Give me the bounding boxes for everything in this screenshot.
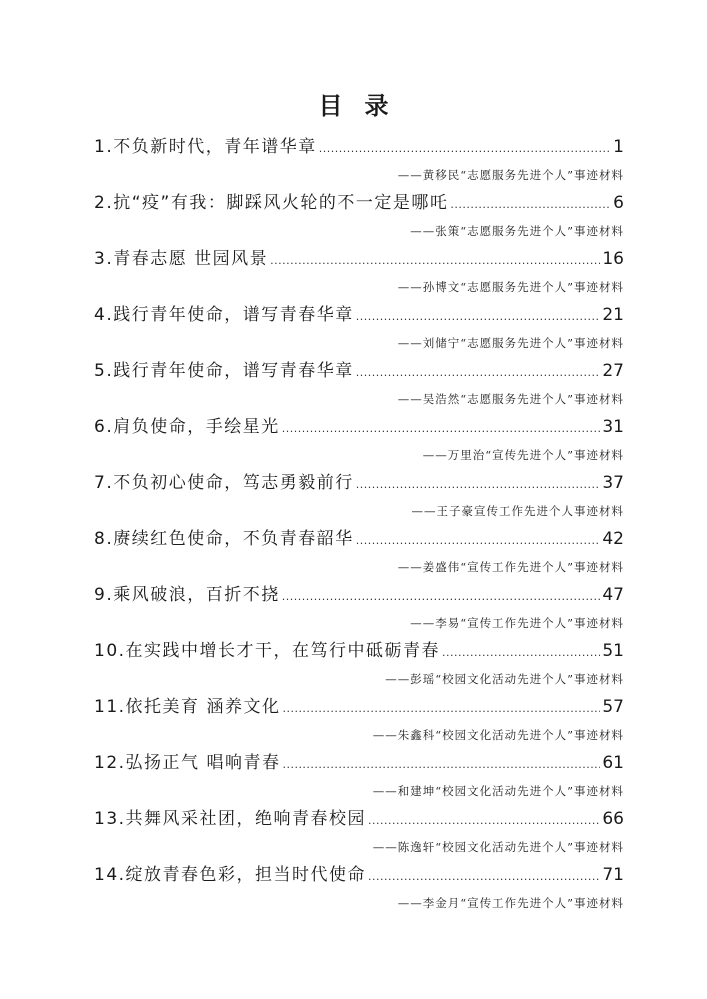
dot-leader — [450, 192, 611, 218]
toc-entry-line[interactable]: 12.弘扬正气 唱响青春 61 — [94, 750, 624, 776]
toc-page-number: 6 — [613, 190, 624, 216]
toc-entry-line[interactable]: 6.肩负使命，手绘星光 31 — [94, 414, 624, 440]
toc-entry-subtitle: ——彭瑶“校园文化活动先进个人”事迹材料 — [94, 668, 624, 692]
toc-entry-line[interactable]: 2.抗“疫”有我：脚踩风火轮的不一定是哪吒 6 — [94, 190, 624, 216]
toc-entry-title-text: 肩负使命，手绘星光 — [113, 417, 280, 437]
toc-entry-title: 2.抗“疫”有我：脚踩风火轮的不一定是哪吒 — [94, 190, 448, 216]
toc-entry-subtitle: ——陈逸轩“校园文化活动先进个人”事迹材料 — [94, 836, 624, 860]
toc-entry-number: 7. — [94, 473, 113, 493]
toc-entry-number: 9. — [94, 585, 113, 605]
toc-entry-number: 13. — [94, 809, 126, 829]
toc-entry-line[interactable]: 1.不负新时代，青年谱华章 1 — [94, 134, 624, 160]
toc-page-number: 71 — [602, 862, 624, 888]
toc-entry-number: 5. — [94, 361, 113, 381]
toc-page-number: 16 — [602, 246, 624, 272]
toc-page-number: 27 — [602, 358, 624, 384]
toc-entry[interactable]: 9.乘风破浪，百折不挠 47 ——李易“宣传工作先进个人”事迹材料 — [94, 582, 624, 638]
toc-entry-title: 13.共舞风采社团，绝响青春校园 — [94, 806, 366, 832]
toc-entry-title-text: 不负新时代，青年谱华章 — [113, 137, 317, 157]
toc-entry-title-text: 依托美育 涵养文化 — [126, 697, 281, 717]
dot-leader — [282, 584, 601, 610]
toc-entry-title: 11.依托美育 涵养文化 — [94, 694, 280, 720]
toc-entry[interactable]: 12.弘扬正气 唱响青春 61 ——和建坤“校园文化活动先进个人”事迹材料 — [94, 750, 624, 806]
toc-page-number: 61 — [602, 750, 624, 776]
toc-page-number: 51 — [602, 638, 624, 664]
toc-entry-number: 12. — [94, 753, 126, 773]
toc-entry-number: 8. — [94, 529, 113, 549]
toc-entry[interactable]: 7.不负初心使命，笃志勇毅前行 37 ——王子豪宣传工作先进个人事迹材料 — [94, 470, 624, 526]
toc-entry[interactable]: 13.共舞风采社团，绝响青春校园 66 ——陈逸轩“校园文化活动先进个人”事迹材… — [94, 806, 624, 862]
toc-entry-subtitle: ——黄移民“志愿服务先进个人”事迹材料 — [94, 164, 624, 188]
toc-entry-line[interactable]: 3.青春志愿 世园风景 16 — [94, 246, 624, 272]
toc-page-number: 31 — [602, 414, 624, 440]
toc-entry-number: 14. — [94, 865, 126, 885]
dot-leader — [356, 304, 601, 330]
toc-entry-title: 6.肩负使命，手绘星光 — [94, 414, 280, 440]
toc-entry-title: 12.弘扬正气 唱响青春 — [94, 750, 280, 776]
table-of-contents: 1.不负新时代，青年谱华章 1 ——黄移民“志愿服务先进个人”事迹材料 2.抗“… — [94, 134, 624, 918]
toc-entry-title-text: 践行青年使命，谱写青春华章 — [113, 361, 354, 381]
toc-page-number: 57 — [602, 694, 624, 720]
toc-entry-subtitle: ——姜盛伟“宣传工作先进个人”事迹材料 — [94, 556, 624, 580]
toc-entry[interactable]: 6.肩负使命，手绘星光 31 ——万里治“宣传先进个人”事迹材料 — [94, 414, 624, 470]
toc-entry-line[interactable]: 8.赓续红色使命，不负青春韶华 42 — [94, 526, 624, 552]
toc-page-number: 1 — [613, 134, 624, 160]
dot-leader — [319, 136, 611, 162]
toc-entry-title: 10.在实践中增长才干，在笃行中砥砺青春 — [94, 638, 440, 664]
page-title: 目录 — [0, 91, 707, 121]
toc-entry-title: 4.践行青年使命，谱写青春华章 — [94, 302, 354, 328]
toc-page-number: 42 — [602, 526, 624, 552]
toc-page-number: 21 — [602, 302, 624, 328]
toc-entry-title: 7.不负初心使命，笃志勇毅前行 — [94, 470, 354, 496]
toc-entry-line[interactable]: 11.依托美育 涵养文化 57 — [94, 694, 624, 720]
dot-leader — [442, 640, 600, 666]
toc-entry-title-text: 不负初心使命，笃志勇毅前行 — [113, 473, 354, 493]
toc-entry-title-text: 弘扬正气 唱响青春 — [126, 753, 281, 773]
toc-entry-number: 3. — [94, 249, 113, 269]
toc-entry-subtitle: ——刘储宁“志愿服务先进个人”事迹材料 — [94, 332, 624, 356]
toc-entry-title-text: 共舞风采社团，绝响青春校园 — [126, 809, 367, 829]
toc-entry-number: 11. — [94, 697, 126, 717]
toc-entry[interactable]: 3.青春志愿 世园风景 16 ——孙博文“志愿服务先进个人”事迹材料 — [94, 246, 624, 302]
dot-leader — [368, 808, 600, 834]
toc-entry-line[interactable]: 13.共舞风采社团，绝响青春校园 66 — [94, 806, 624, 832]
toc-entry-line[interactable]: 9.乘风破浪，百折不挠 47 — [94, 582, 624, 608]
toc-entry-number: 10. — [94, 641, 126, 661]
toc-entry-subtitle: ——孙博文“志愿服务先进个人”事迹材料 — [94, 276, 624, 300]
toc-entry[interactable]: 10.在实践中增长才干，在笃行中砥砺青春 51 ——彭瑶“校园文化活动先进个人”… — [94, 638, 624, 694]
toc-entry-subtitle: ——和建坤“校园文化活动先进个人”事迹材料 — [94, 780, 624, 804]
dot-leader — [356, 360, 601, 386]
toc-entry-number: 2. — [94, 193, 113, 213]
toc-entry-title: 5.践行青年使命，谱写青春华章 — [94, 358, 354, 384]
toc-entry[interactable]: 1.不负新时代，青年谱华章 1 ——黄移民“志愿服务先进个人”事迹材料 — [94, 134, 624, 190]
toc-entry-line[interactable]: 4.践行青年使命，谱写青春华章 21 — [94, 302, 624, 328]
toc-entry-line[interactable]: 14.绽放青春色彩，担当时代使命 71 — [94, 862, 624, 888]
toc-entry[interactable]: 11.依托美育 涵养文化 57 ——朱鑫科“校园文化活动先进个人”事迹材料 — [94, 694, 624, 750]
toc-entry-title: 3.青春志愿 世园风景 — [94, 246, 268, 272]
toc-entry-title-text: 抗“疫”有我：脚踩风火轮的不一定是哪吒 — [113, 193, 448, 213]
toc-entry-title: 14.绽放青春色彩，担当时代使命 — [94, 862, 366, 888]
toc-entry-subtitle: ——王子豪宣传工作先进个人事迹材料 — [94, 500, 624, 524]
toc-page-number: 47 — [602, 582, 624, 608]
toc-entry-line[interactable]: 7.不负初心使命，笃志勇毅前行 37 — [94, 470, 624, 496]
dot-leader — [282, 752, 600, 778]
toc-entry-title-text: 赓续红色使命，不负青春韶华 — [113, 529, 354, 549]
dot-leader — [356, 472, 601, 498]
toc-entry-line[interactable]: 5.践行青年使命，谱写青春华章 27 — [94, 358, 624, 384]
dot-leader — [368, 864, 600, 890]
toc-entry[interactable]: 8.赓续红色使命，不负青春韶华 42 ——姜盛伟“宣传工作先进个人”事迹材料 — [94, 526, 624, 582]
toc-entry-title-text: 践行青年使命，谱写青春华章 — [113, 305, 354, 325]
toc-entry-title-text: 乘风破浪，百折不挠 — [113, 585, 280, 605]
toc-entry-title: 8.赓续红色使命，不负青春韶华 — [94, 526, 354, 552]
toc-entry-line[interactable]: 10.在实践中增长才干，在笃行中砥砺青春 51 — [94, 638, 624, 664]
toc-entry-title-text: 在实践中增长才干，在笃行中砥砺青春 — [126, 641, 441, 661]
toc-entry-title: 9.乘风破浪，百折不挠 — [94, 582, 280, 608]
toc-entry[interactable]: 5.践行青年使命，谱写青春华章 27 ——吴浩然“志愿服务先进个人”事迹材料 — [94, 358, 624, 414]
toc-entry-subtitle: ——李金月“宣传工作先进个人”事迹材料 — [94, 892, 624, 916]
toc-entry-subtitle: ——李易“宣传工作先进个人”事迹材料 — [94, 612, 624, 636]
toc-entry-number: 4. — [94, 305, 113, 325]
toc-entry-number: 6. — [94, 417, 113, 437]
toc-page-number: 66 — [602, 806, 624, 832]
dot-leader — [356, 528, 601, 554]
dot-leader — [282, 696, 600, 722]
toc-entry-number: 1. — [94, 137, 113, 157]
toc-entry[interactable]: 14.绽放青春色彩，担当时代使命 71 ——李金月“宣传工作先进个人”事迹材料 — [94, 862, 624, 918]
toc-entry-title-text: 绽放青春色彩，担当时代使命 — [126, 865, 367, 885]
toc-entry-subtitle: ——朱鑫科“校园文化活动先进个人”事迹材料 — [94, 724, 624, 748]
toc-entry-subtitle: ——张策“志愿服务先进个人”事迹材料 — [94, 220, 624, 244]
toc-entry-title: 1.不负新时代，青年谱华章 — [94, 134, 317, 160]
toc-entry-subtitle: ——万里治“宣传先进个人”事迹材料 — [94, 444, 624, 468]
toc-entry-subtitle: ——吴浩然“志愿服务先进个人”事迹材料 — [94, 388, 624, 412]
dot-leader — [270, 248, 600, 274]
toc-entry[interactable]: 2.抗“疫”有我：脚踩风火轮的不一定是哪吒 6 ——张策“志愿服务先进个人”事迹… — [94, 190, 624, 246]
toc-entry-title-text: 青春志愿 世园风景 — [113, 249, 268, 269]
toc-page-number: 37 — [602, 470, 624, 496]
toc-entry[interactable]: 4.践行青年使命，谱写青春华章 21 ——刘储宁“志愿服务先进个人”事迹材料 — [94, 302, 624, 358]
dot-leader — [282, 416, 601, 442]
